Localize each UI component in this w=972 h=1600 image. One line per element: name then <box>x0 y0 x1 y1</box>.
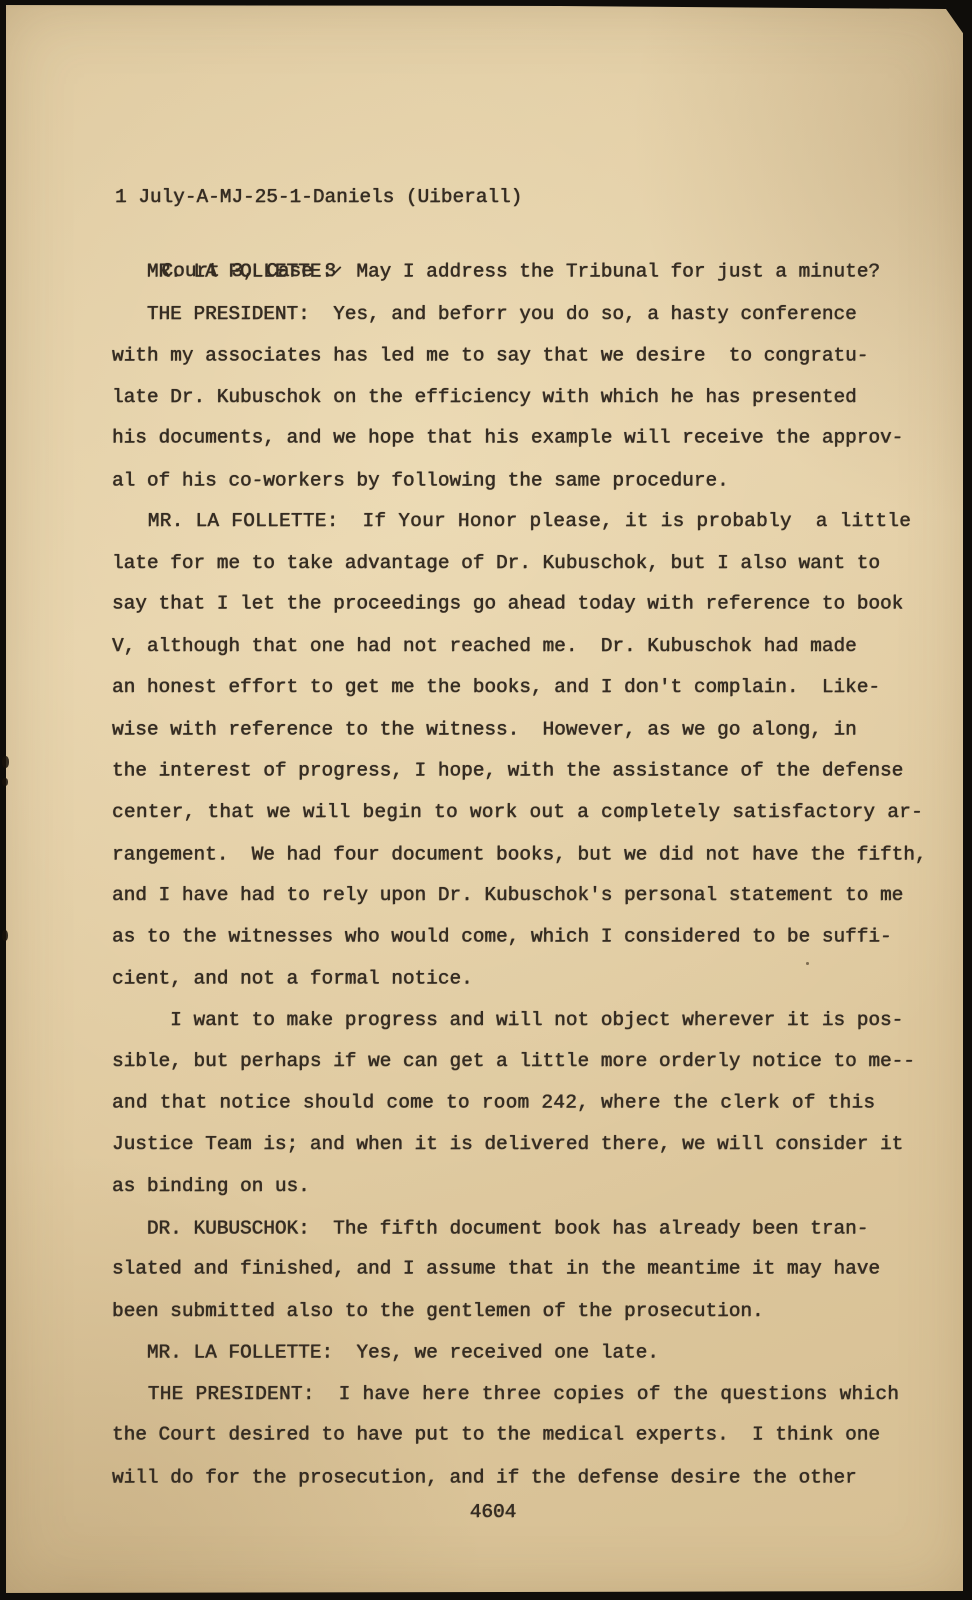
transcript-line: an honest effort to get me the books, an… <box>112 667 902 709</box>
transcript-line: as to the witnesses who would come, whic… <box>112 916 902 958</box>
transcript-line: his documents, and we hope that his exam… <box>112 418 902 460</box>
scan-edge-left <box>0 0 6 1600</box>
transcript-line: THE PRESIDENT: Yes, and beforr you do so… <box>112 294 902 336</box>
header-case-reference: 1 July-A-MJ-25-1-Daniels (Uiberall) <box>115 185 522 210</box>
transcript-line: slated and finished, and I assume that i… <box>112 1249 902 1291</box>
transcript-line: the interest of progress, I hope, with t… <box>112 750 902 792</box>
scan-artifact <box>2 756 9 768</box>
transcript-line: and I have had to rely upon Dr. Kubuscho… <box>112 875 902 917</box>
transcript-line: V, although that one had not reached me.… <box>112 626 902 668</box>
transcript-line: late Dr. Kubuschok on the efficiency wit… <box>112 377 902 419</box>
transcript-line: MR. LA FOLLETTE: May I address the Tribu… <box>112 252 902 294</box>
transcript-line: late for me to take advantage of Dr. Kub… <box>112 543 902 585</box>
transcript-line: cient, and not a formal notice. <box>112 959 902 1001</box>
transcript-line: wise with reference to the witness. Howe… <box>112 710 902 752</box>
transcript-line: will do for the prosecution, and if the … <box>112 1457 902 1499</box>
transcript-line: as binding on us. <box>112 1166 902 1208</box>
scan-artifact <box>2 778 8 786</box>
transcript-line: sible, but perhaps if we can get a littl… <box>112 1041 902 1083</box>
scan-edge-right <box>963 0 972 1600</box>
transcript-line: I want to make progress and will not obj… <box>112 1000 902 1042</box>
transcript-line: MR. LA FOLLETTE: Yes, we received one la… <box>112 1333 902 1375</box>
transcript-line: THE PRESIDENT: I have here three copies … <box>112 1374 902 1416</box>
transcript-line: DR. KUBUSCHOK: The fifth document book h… <box>112 1208 902 1250</box>
scanned-document: 1 July-A-MJ-25-1-Daniels (Uiberall) Cour… <box>0 0 972 1600</box>
transcript-line: al of his co-workers by following the sa… <box>112 460 902 502</box>
page-number: 4604 <box>112 1501 874 1523</box>
transcript-line: say that I let the proceedings go ahead … <box>112 584 902 626</box>
transcript-line: center, that we will begin to work out a… <box>112 792 902 834</box>
transcript-line: Justice Team is; and when it is delivere… <box>112 1124 902 1166</box>
scan-artifact <box>2 930 8 941</box>
transcript-line: been submitted also to the gentlemen of … <box>112 1291 902 1333</box>
transcript-line: the Court desired to have put to the med… <box>112 1415 902 1457</box>
transcript-line: rangement. We had four document books, b… <box>112 834 902 876</box>
transcript-line: MR. LA FOLLETTE: If Your Honor please, i… <box>112 501 902 543</box>
transcript-body: MR. LA FOLLETTE: May I address the Tribu… <box>112 252 902 1498</box>
transcript-line: with my associates has led me to say tha… <box>112 336 902 378</box>
transcript-line: and that notice should come to room 242,… <box>112 1083 902 1125</box>
